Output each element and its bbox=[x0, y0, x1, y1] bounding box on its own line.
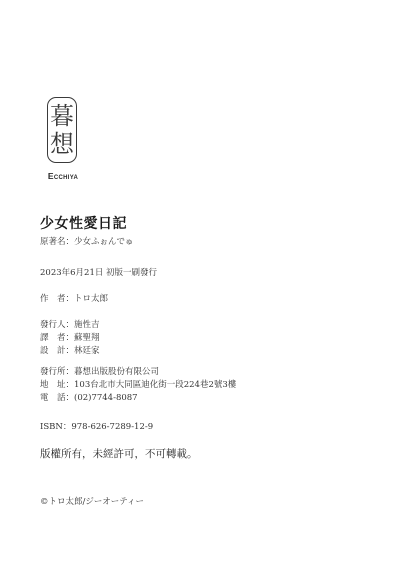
author-credit: 作 者：トロ太郎 bbox=[40, 292, 108, 304]
logo-wordmark: Ecchiya bbox=[40, 171, 86, 181]
edition-date: 2023年6月21日 初版一刷發行 bbox=[40, 266, 157, 278]
logo-char-1: 暮 bbox=[50, 102, 74, 130]
publishing-company: 發行所：暮想出版股份有限公司 bbox=[40, 365, 159, 377]
isbn: ISBN：978-626-7289-12-9 bbox=[40, 420, 153, 432]
logo-seal: 暮 想 bbox=[47, 97, 77, 163]
rights-notice: 版權所有，未經許可，不可轉載。 bbox=[40, 446, 198, 461]
publisher-person-credit: 發行人：施性吉 bbox=[40, 318, 100, 330]
designer-credit: 設 計：林廷家 bbox=[40, 344, 100, 356]
copyright-notice: ©トロ太郎/ジーオーティー bbox=[40, 495, 144, 507]
original-title: 原著名：少女ふぉんでゅ bbox=[40, 235, 134, 247]
publisher-phone: 電 話：(02)7744-8087 bbox=[40, 391, 138, 403]
translator-credit: 譯 者：蘇聖翔 bbox=[40, 331, 100, 343]
logo-char-2: 想 bbox=[50, 130, 74, 158]
book-title: 少女性愛日記 bbox=[40, 213, 127, 233]
publisher-address: 地 址：103台北市大同區迪化街一段224巷2號3樓 bbox=[40, 378, 236, 390]
